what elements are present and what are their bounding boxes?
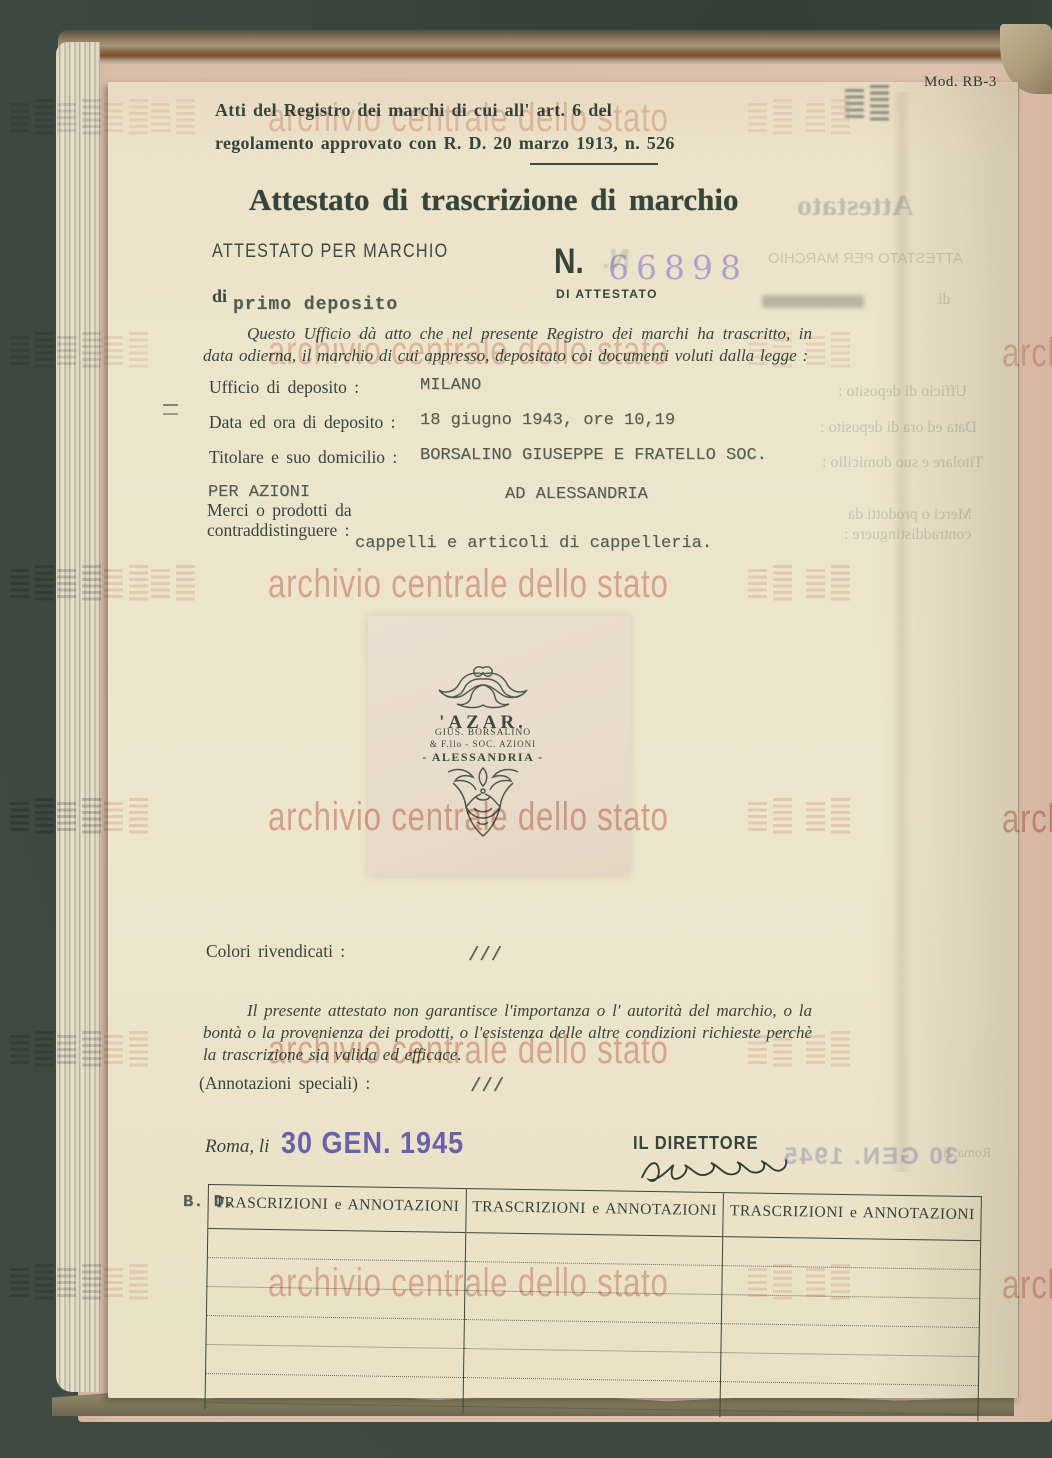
annotations-column-2: TRASCRIZIONI e ANNOTAZIONI bbox=[462, 1189, 723, 1417]
archive-logo-icon bbox=[10, 332, 54, 370]
colori-label: Colori rivendicati : bbox=[206, 941, 345, 962]
ghost-stamp-grid bbox=[845, 85, 889, 123]
certificate-page: Atti del Registro dei marchi di cui all'… bbox=[108, 82, 1019, 1398]
merci-value: cappelli e articoli di cappelleria. bbox=[355, 534, 712, 553]
annotazioni-value: /// bbox=[470, 1075, 504, 1097]
trademark-owner: GIUS. BORSALINO bbox=[368, 728, 598, 738]
table-row bbox=[721, 1353, 978, 1386]
scanned-register-page: Mod. RB-3 Atti del Registro dei marchi d… bbox=[0, 0, 1052, 1458]
titolare-value-cont-right: AD ALESSANDRIA bbox=[505, 485, 648, 504]
ufficio-value: MILANO bbox=[420, 376, 481, 395]
header-rule bbox=[530, 163, 658, 165]
register-reference-line1: Atti del Registro dei marchi di cui all'… bbox=[215, 94, 715, 127]
pencil-mark bbox=[163, 404, 178, 415]
table-row bbox=[465, 1262, 722, 1295]
number-sublabel: DI ATTESTATO bbox=[556, 287, 658, 301]
table-row bbox=[463, 1378, 720, 1411]
annotations-header-1: TRASCRIZIONI e ANNOTAZIONI bbox=[208, 1185, 465, 1233]
table-row bbox=[208, 1229, 465, 1262]
annotations-rows-1 bbox=[205, 1229, 464, 1413]
table-row bbox=[464, 1320, 721, 1353]
ghost-subtitle: ATTESTATO PER MARCHIO bbox=[768, 250, 963, 267]
table-row bbox=[465, 1233, 722, 1266]
table-row bbox=[721, 1382, 978, 1415]
trademark-city: - ALESSANDRIA - bbox=[368, 750, 598, 765]
archive-logo-icon bbox=[10, 1031, 54, 1069]
annotations-column-1: TRASCRIZIONI e ANNOTAZIONI bbox=[205, 1185, 465, 1413]
certificate-number-stamp: 66898 bbox=[608, 248, 748, 287]
ghost-place-label: Roma, li bbox=[943, 1146, 991, 1162]
trademark-specimen: 'AZAR. GIUS. BORSALINO & F.llo - SOC. AZ… bbox=[368, 616, 630, 876]
ghost-date-stamp: 30 GEN. 1945 bbox=[782, 1143, 958, 1171]
register-reference: Atti del Registro dei marchi di cui all'… bbox=[215, 94, 715, 160]
di-label: di bbox=[212, 286, 227, 307]
legal-paragraph: Il presente attestato non garantisce l'i… bbox=[203, 1000, 812, 1066]
merci-label-line1: Merci o prodotti da bbox=[207, 500, 352, 521]
form-model-label: Mod. RB-3 bbox=[924, 74, 997, 91]
trademark-company: & F.llo - SOC. AZIONI bbox=[368, 739, 598, 749]
intro-paragraph: Questo Ufficio dà atto che nel presente … bbox=[203, 323, 812, 367]
certificate-subtitle: ATTESTATO PER MARCHIO bbox=[212, 241, 448, 263]
data-deposito-label: Data ed ora di deposito : bbox=[209, 412, 396, 433]
table-row bbox=[206, 1345, 463, 1378]
annotations-rows-3 bbox=[721, 1237, 980, 1421]
page-title: Attestato di trascrizione di marchio bbox=[249, 182, 739, 218]
archive-logo-icon bbox=[10, 99, 54, 137]
trademark-flourish-ornament bbox=[440, 766, 526, 838]
merci-label-line2: contraddistinguere : bbox=[207, 520, 349, 541]
titolare-label: Titolare e suo domicilio : bbox=[209, 447, 397, 468]
titolare-value: BORSALINO GIUSEPPE E FRATELLO SOC. bbox=[420, 446, 767, 465]
table-row bbox=[206, 1374, 463, 1407]
colori-value: /// bbox=[468, 944, 502, 966]
number-label: N. bbox=[554, 242, 584, 282]
table-row bbox=[207, 1287, 464, 1320]
register-reference-line2: regolamento approvato con R. D. 20 marzo… bbox=[215, 127, 715, 160]
deposit-type-typed: primo deposito bbox=[233, 295, 398, 315]
table-row bbox=[206, 1316, 463, 1349]
table-row bbox=[723, 1237, 980, 1270]
archive-logo-icon bbox=[10, 1264, 54, 1302]
table-row bbox=[723, 1266, 980, 1299]
annotations-column-3: TRASCRIZIONI e ANNOTAZIONI bbox=[720, 1193, 981, 1421]
place-label: Roma, li bbox=[205, 1136, 269, 1158]
annotations-table: TRASCRIZIONI e ANNOTAZIONI TRASCRIZIONI … bbox=[204, 1184, 981, 1421]
table-row bbox=[722, 1324, 979, 1357]
table-row bbox=[465, 1291, 722, 1324]
ghost-di: di bbox=[938, 291, 950, 309]
director-signature bbox=[628, 1150, 803, 1192]
data-deposito-value: 18 giugno 1943, ore 10,19 bbox=[420, 411, 675, 430]
annotations-header-3: TRASCRIZIONI e ANNOTAZIONI bbox=[724, 1193, 981, 1241]
page-stack-left-edge bbox=[56, 42, 100, 1392]
table-row bbox=[464, 1349, 721, 1382]
table-row bbox=[722, 1295, 979, 1328]
ufficio-label: Ufficio di deposito : bbox=[209, 377, 359, 398]
annotazioni-label: (Annotazioni speciali) : bbox=[199, 1073, 370, 1094]
trademark-crest-ornament bbox=[433, 664, 533, 710]
paper-crease bbox=[892, 92, 912, 1172]
ghost-typed-smudge bbox=[762, 295, 864, 308]
annotations-rows-2 bbox=[463, 1233, 722, 1417]
archive-logo-icon bbox=[10, 565, 54, 603]
table-row bbox=[207, 1258, 464, 1291]
archive-logo-icon bbox=[10, 798, 54, 836]
annotations-header-2: TRASCRIZIONI e ANNOTAZIONI bbox=[466, 1189, 723, 1237]
date-stamp: 30 GEN. 1945 bbox=[281, 1126, 464, 1161]
